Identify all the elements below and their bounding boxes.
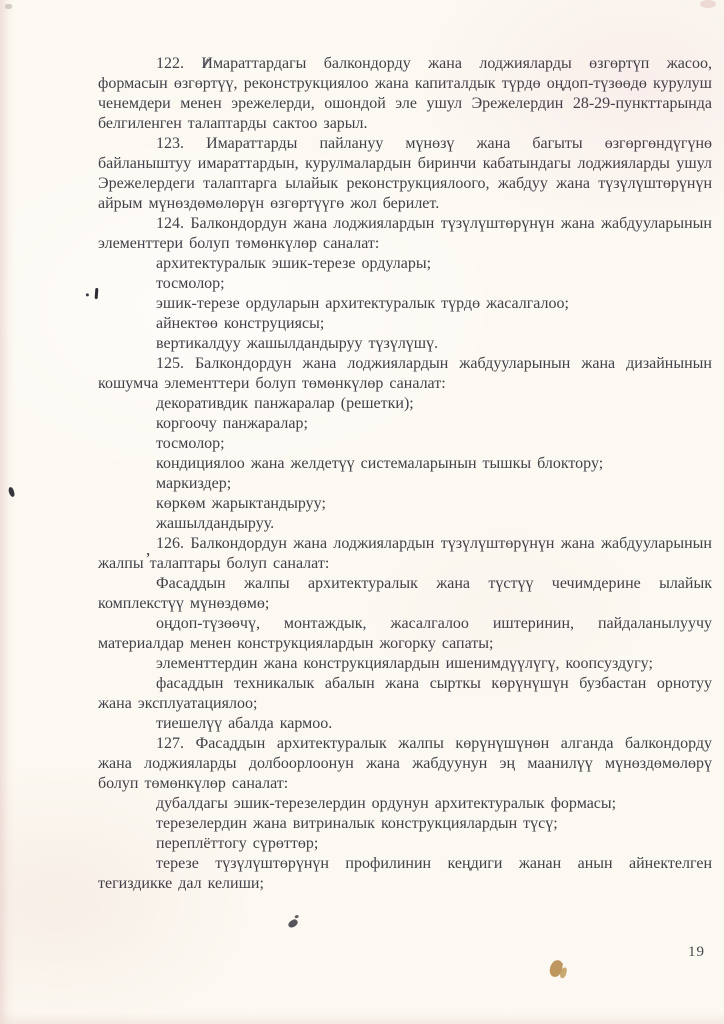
paragraph: 126. Балкондордун жана лоджиялардын түзү…	[98, 534, 712, 574]
paragraph: терезе түзүлүштөрүнүн профилинин кеңдиги…	[98, 854, 712, 894]
page-edge-shadow-left	[0, 0, 15, 1024]
paragraph: 122. Имараттардагы балкондорду жана лодж…	[98, 54, 712, 134]
stray-comma-mark: ,	[146, 540, 150, 560]
paragraph: 124. Балкондордун жана лоджиялардын түзү…	[98, 214, 712, 254]
paragraph: дубалдагы эшик-терезелердин ордунун архи…	[98, 794, 712, 814]
paragraph: кондициялоо жана желдетүү системаларынын…	[98, 454, 712, 474]
paragraph: архитектуралык эшик-терезе ордулары;	[98, 254, 712, 274]
paragraph: 123. Имараттарды пайлануу мүнөзү жана ба…	[98, 134, 712, 214]
paragraph: оңдоп-түзөөчү, монтаждык, жасалгалоо ишт…	[98, 614, 712, 654]
page-number: 19	[688, 944, 705, 961]
paragraph: айнектөө конструциясы;	[98, 314, 712, 334]
page-edge-shadow-bottom	[0, 1012, 724, 1024]
paragraph: вертикалдуу жашылдандыруу түзүлүшү.	[98, 334, 712, 354]
paragraph: Фасаддын жалпы архитектуралык жана түстү…	[98, 574, 712, 614]
paper-stain	[549, 959, 564, 978]
paragraph: элементтердин жана конструкциялардын ише…	[98, 654, 712, 674]
scan-corner-mark	[5, 4, 12, 9]
ink-smudge-bottom	[287, 918, 299, 928]
document-text: 122. Имараттардагы балкондорду жана лодж…	[98, 54, 712, 894]
paragraph: 125. Балкондордун жана лоджиялардын жабд…	[98, 354, 712, 394]
paragraph: маркиздер;	[98, 474, 712, 494]
paragraph: переплёттогу сүрөттөр;	[98, 834, 712, 854]
scan-corner-smudge	[700, 0, 716, 8]
paragraph: декоративдик панжаралар (решетки);	[98, 394, 712, 414]
paragraph: 127. Фасаддын архитектуралык жалпы көрүн…	[98, 734, 712, 794]
paragraph: тосмолор;	[98, 434, 712, 454]
scanned-page: 122. Имараттардагы балкондорду жана лодж…	[0, 0, 724, 1024]
paragraph: тиешелүү абалда кармоо.	[98, 714, 712, 734]
paragraph: коргоочу панжаралар;	[98, 414, 712, 434]
paragraph: фасаддын техникалык абалын жана сырткы к…	[98, 674, 712, 714]
paragraph: көркөм жарыктандыруу;	[98, 494, 712, 514]
paragraph: эшик-терезе ордуларын архитектуралык түр…	[98, 294, 712, 314]
paragraph: жашылдандыруу.	[98, 514, 712, 534]
paragraph: тосмолор;	[98, 274, 712, 294]
paragraph: терезелердин жана витриналык конструкция…	[98, 814, 712, 834]
